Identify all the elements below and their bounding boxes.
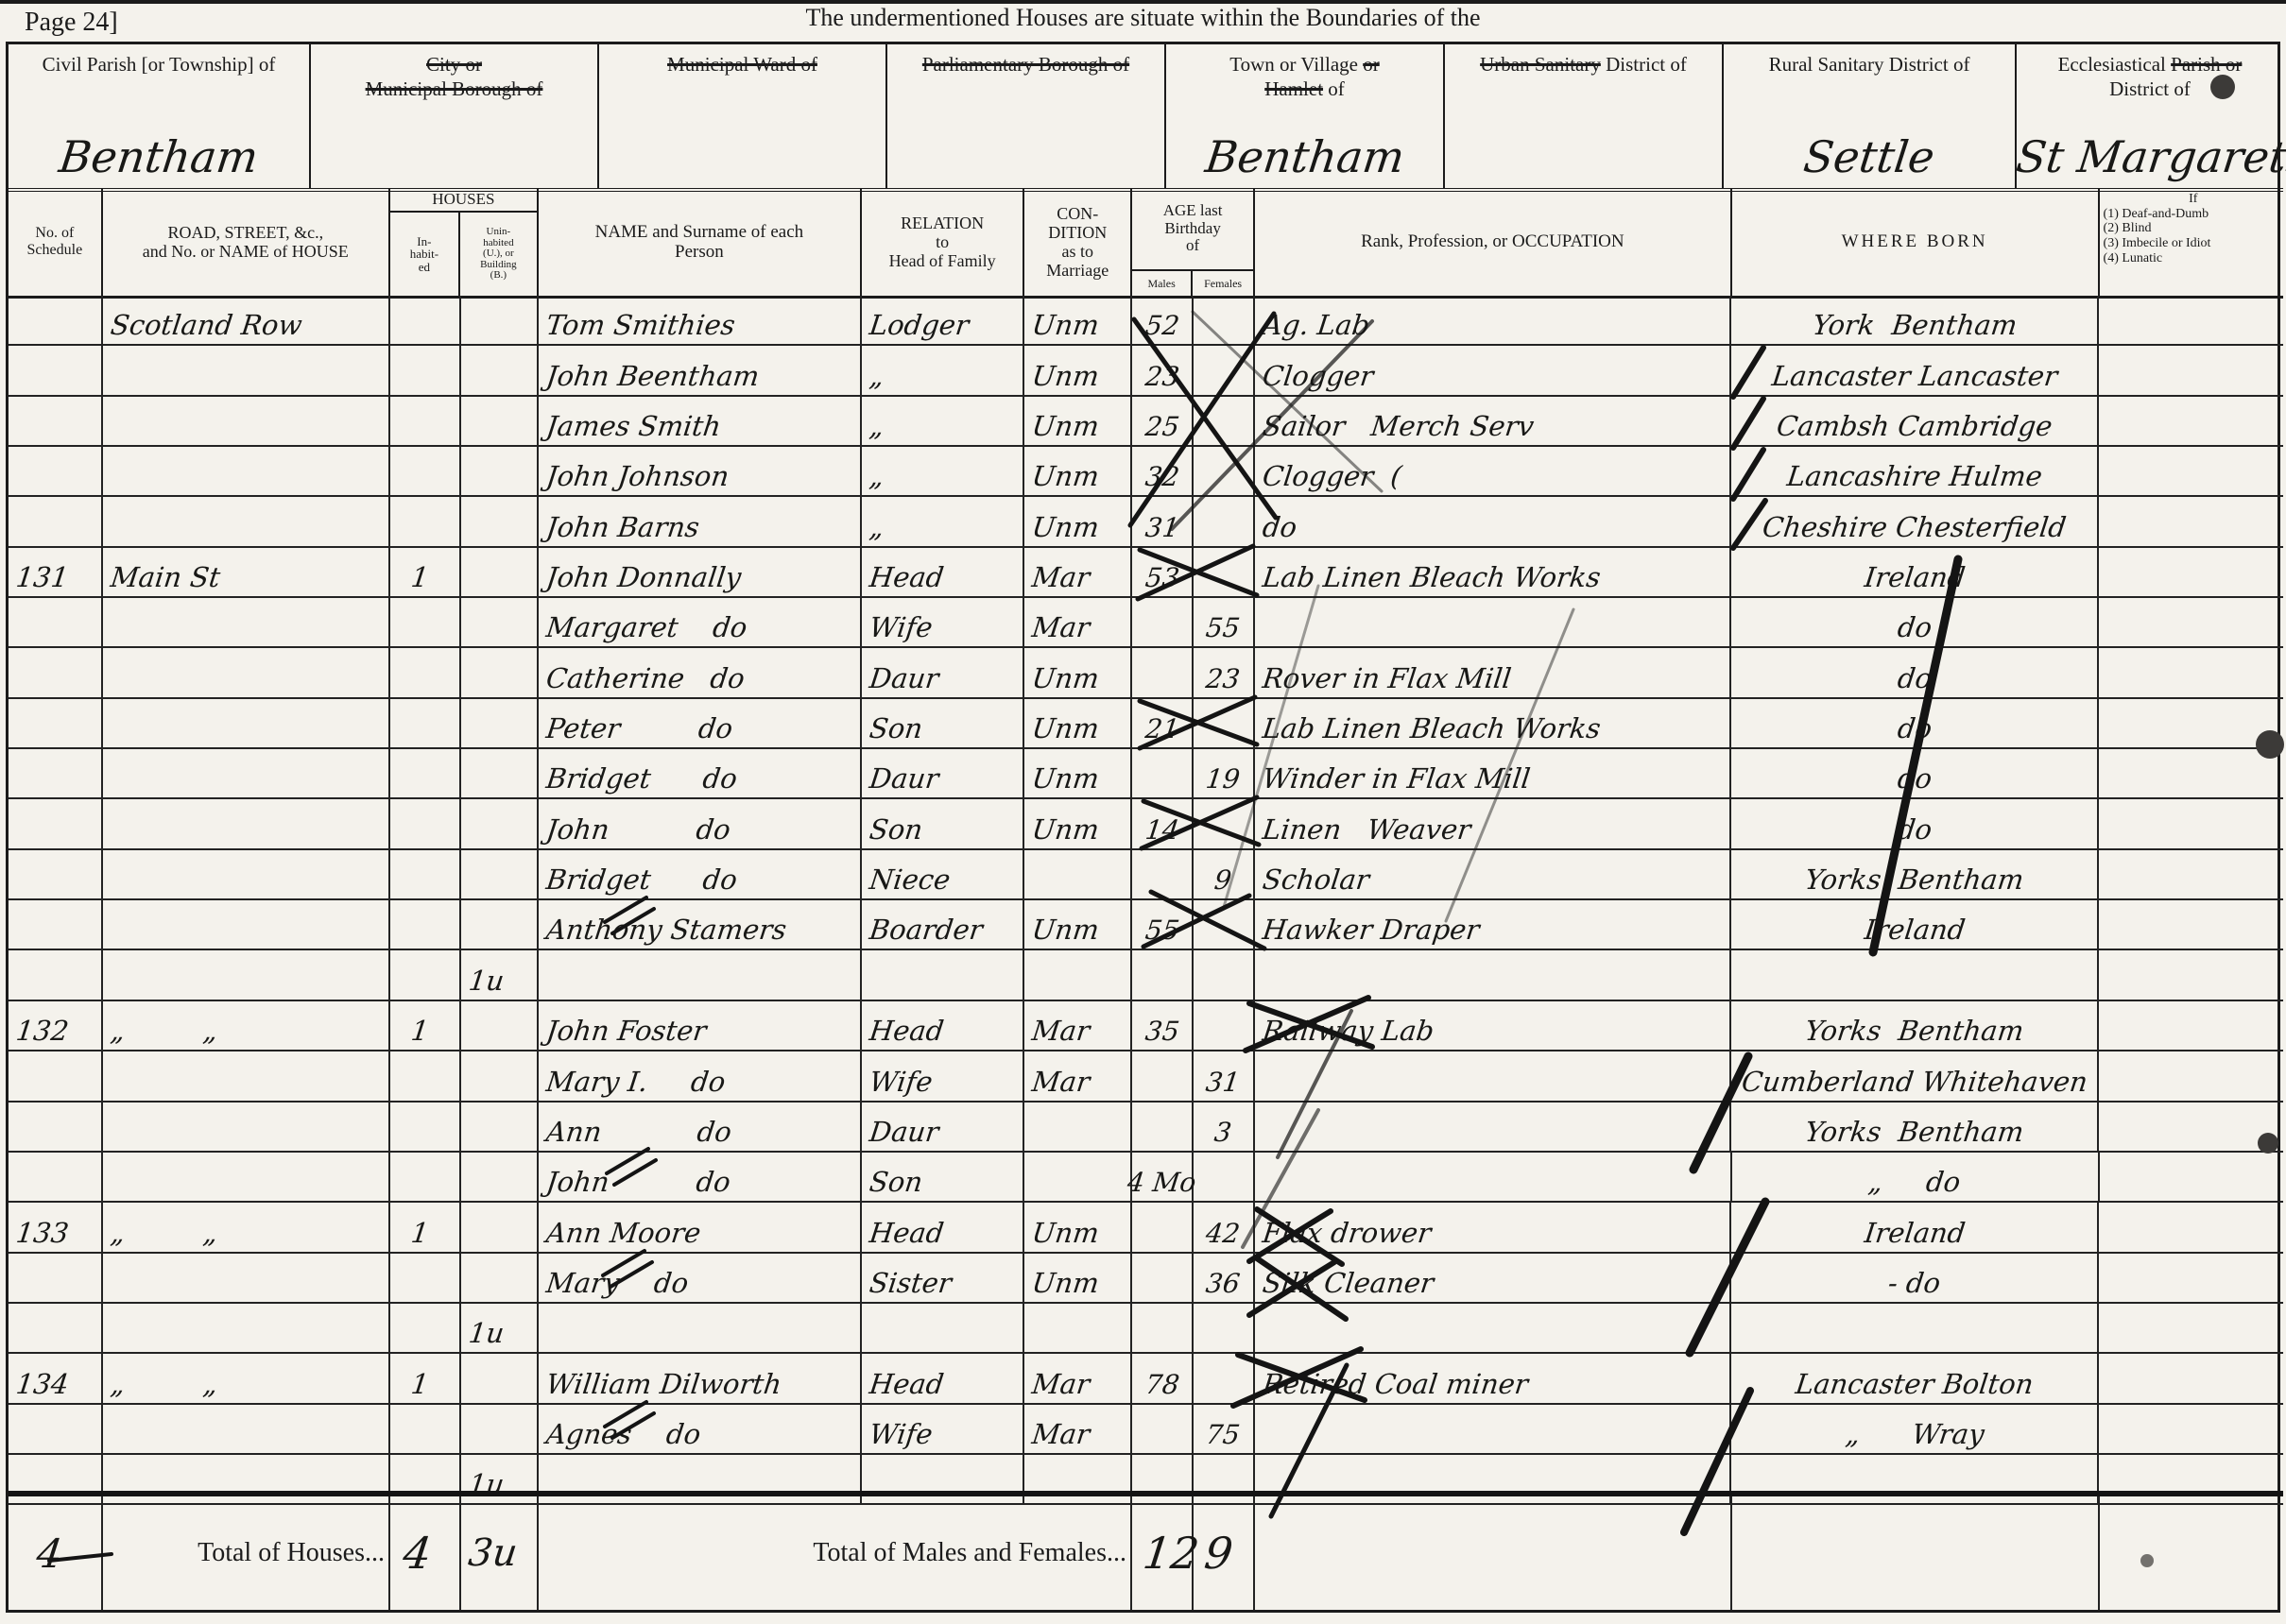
cell-occ: Sailor Merch Serv	[1255, 397, 1732, 445]
cell-sched	[9, 1304, 103, 1352]
cell-af	[1194, 1153, 1255, 1201]
header-cell-municipal-ward: Municipal Ward of	[599, 44, 887, 188]
cell-inh	[390, 447, 461, 495]
cell-uninh	[461, 598, 539, 646]
table-row: John doSonUnm14Linen Weaverdo	[9, 799, 2283, 849]
cell-name: John Foster	[539, 1001, 862, 1050]
cell-road	[103, 1304, 390, 1352]
totals-males-females-label-cell: Total of Males and Females...	[539, 1496, 1132, 1610]
cell-inf	[2099, 397, 2283, 445]
cell-inf	[2099, 749, 2283, 797]
header-cell-urban-sanitary: Urban Sanitary District of	[1445, 44, 1724, 188]
cell-uninh	[461, 346, 539, 394]
cell-rel: „	[862, 397, 1025, 445]
cell-uninh	[461, 1153, 539, 1201]
cell-af	[1194, 950, 1255, 999]
cell-inh	[390, 850, 461, 898]
cell-rel	[862, 1304, 1025, 1352]
table-row: John Beentham„Unm23CloggerLancaster Lanc…	[9, 346, 2283, 396]
cell-road	[103, 799, 390, 847]
header-label: Urban Sanitary District of	[1445, 52, 1722, 77]
cell-road	[103, 850, 390, 898]
cell-uninh: 1u	[461, 1304, 539, 1352]
cell-am	[1132, 1405, 1194, 1453]
cell-inh: 1	[390, 1354, 461, 1402]
cell-af: 23	[1194, 648, 1255, 696]
cell-uninh	[461, 749, 539, 797]
cell-inf	[2099, 1354, 2283, 1402]
cell-am: 78	[1132, 1354, 1194, 1402]
cell-inf	[2100, 1153, 2283, 1201]
cell-inh	[390, 1405, 461, 1453]
cell-road: „ „	[103, 1354, 390, 1402]
cell-uninh	[461, 799, 539, 847]
cell-rel: Head	[862, 548, 1025, 596]
cell-am	[1132, 648, 1194, 696]
cell-occ: Railway Lab	[1255, 1001, 1732, 1050]
cell-uninh	[461, 548, 539, 596]
cell-sched	[9, 699, 103, 747]
census-entries: Scotland RowTom SmithiesLodgerUnm52Ag. L…	[9, 296, 2283, 1506]
cell-inh	[390, 1153, 461, 1201]
cell-inf	[2099, 598, 2283, 646]
col-header-relation: RELATION to Head of Family	[862, 188, 1025, 296]
cell-name: John Beentham	[539, 346, 862, 394]
cell-am: 14	[1132, 799, 1194, 847]
cell-sched	[9, 1051, 103, 1100]
cell-inh	[390, 598, 461, 646]
cell-occ: Silk Cleaner	[1255, 1254, 1732, 1302]
cell-rel: Head	[862, 1203, 1025, 1251]
cell-af	[1194, 548, 1255, 596]
infirmity-option-1: (1) Deaf-and-Dumb	[2104, 207, 2209, 222]
totals-uninhabited-cell: 3u	[461, 1496, 539, 1610]
cell-am: 31	[1132, 497, 1194, 545]
cell-road	[103, 447, 390, 495]
cell-road	[103, 648, 390, 696]
cell-am	[1132, 1051, 1194, 1100]
cell-uninh	[461, 1354, 539, 1402]
cell-cond: Unm	[1024, 296, 1132, 344]
cell-af: 55	[1194, 598, 1255, 646]
cell-rel: Daur	[862, 1103, 1025, 1151]
header-cell-town-village: Town or Village orHamlet ofBentham	[1166, 44, 1445, 188]
table-row: John Johnson„Unm32Clogger (Lancashire Hu…	[9, 447, 2283, 497]
cell-inf	[2099, 346, 2283, 394]
cell-sched	[9, 1153, 103, 1201]
col-header-age-group: AGE last Birthday of Males Females	[1132, 188, 1255, 296]
header-cell-rural-sanitary: Rural Sanitary District ofSettle	[1724, 44, 2017, 188]
cell-cond: Unm	[1024, 648, 1132, 696]
cell-inf	[2099, 648, 2283, 696]
infirmity-option-4: (4) Lunatic	[2104, 251, 2163, 266]
cell-rel: „	[862, 497, 1025, 545]
cell-uninh: 1u	[461, 950, 539, 999]
cell-rel: Head	[862, 1354, 1025, 1402]
cell-af	[1194, 447, 1255, 495]
cell-road	[103, 1103, 390, 1151]
cell-born: Ireland	[1731, 900, 2099, 949]
cell-born: Cheshire Chesterfield	[1731, 497, 2099, 545]
cell-born: Yorks Bentham	[1731, 850, 2099, 898]
cell-am: 23	[1132, 346, 1194, 394]
cell-name: Tom Smithies	[539, 296, 862, 344]
cell-af	[1194, 900, 1255, 949]
cell-rel: Son	[862, 799, 1025, 847]
cell-inh	[390, 1103, 461, 1151]
cell-af: 31	[1194, 1051, 1255, 1100]
table-row: Bridget doNiece9ScholarYorks Bentham	[9, 850, 2283, 900]
totals-houses-label-cell: Total of Houses...	[103, 1496, 390, 1610]
cell-af	[1194, 397, 1255, 445]
cell-sched	[9, 346, 103, 394]
table-row: Ann doDaur3Yorks Bentham	[9, 1103, 2283, 1153]
cell-inf	[2099, 900, 2283, 949]
cell-inf	[2099, 447, 2283, 495]
column-header-row: No. of Schedule ROAD, STREET, &c., and N…	[9, 188, 2283, 299]
cell-inh	[390, 397, 461, 445]
cell-inf	[2099, 799, 2283, 847]
cell-rel: „	[862, 447, 1025, 495]
cell-born: „ do	[1732, 1153, 2100, 1201]
cell-inf	[2099, 1001, 2283, 1050]
infirmity-if-label: If	[2189, 192, 2197, 207]
table-row: Agnes doWifeMar75„ Wray	[9, 1405, 2283, 1455]
cell-cond: Unm	[1024, 900, 1132, 949]
cell-born: - do	[1731, 1254, 2099, 1302]
cell-road	[103, 598, 390, 646]
table-row: Margaret doWifeMar55do	[9, 598, 2283, 648]
cell-rel: Wife	[862, 1405, 1025, 1453]
cell-inh	[390, 648, 461, 696]
cell-uninh	[461, 699, 539, 747]
cell-road: „ „	[103, 1001, 390, 1050]
cell-name: Anthony Stamers	[539, 900, 862, 949]
table-row: 132„ „1John FosterHeadMar35Railway LabYo…	[9, 1001, 2283, 1051]
infirmity-option-3: (3) Imbecile or Idiot	[2104, 236, 2211, 251]
boundary-header-band: Civil Parish [or Township] ofBenthamCity…	[9, 44, 2283, 192]
cell-inh	[390, 900, 461, 949]
cell-name: James Smith	[539, 397, 862, 445]
cell-af	[1194, 296, 1255, 344]
cell-road	[103, 699, 390, 747]
cell-cond: Unm	[1024, 799, 1132, 847]
cell-uninh	[461, 1001, 539, 1050]
cell-inh	[390, 1051, 461, 1100]
cell-inf	[2099, 1405, 2283, 1453]
cell-sched	[9, 296, 103, 344]
cell-af	[1194, 699, 1255, 747]
cell-am	[1132, 1203, 1194, 1251]
cell-inh	[390, 749, 461, 797]
cell-cond: Unm	[1024, 749, 1132, 797]
cell-uninh	[461, 900, 539, 949]
cell-born: do	[1731, 749, 2099, 797]
col-header-infirmity: If (1) Deaf-and-Dumb (2) Blind (3) Imbec…	[2100, 188, 2283, 296]
cell-road	[103, 346, 390, 394]
cell-inf	[2099, 699, 2283, 747]
totals-empty-occupation	[1255, 1496, 1732, 1610]
cell-born: do	[1731, 598, 2099, 646]
cell-occ	[1255, 1304, 1732, 1352]
infirmity-option-2: (2) Blind	[2104, 221, 2152, 236]
cell-inh	[390, 950, 461, 999]
table-row: John doSon4 Mo„ do	[9, 1153, 2283, 1203]
totals-row: 4 Total of Houses... 4 3u Total of Males…	[9, 1491, 2283, 1610]
table-row: Bridget doDaurUnm19Winder in Flax Milldo	[9, 749, 2283, 799]
cell-am	[1132, 1254, 1194, 1302]
top-strip: Page 24] The undermentioned Houses are s…	[0, 0, 2286, 42]
col-header-age: AGE last Birthday of	[1132, 188, 1253, 269]
cell-am	[1132, 1304, 1194, 1352]
cell-uninh	[461, 447, 539, 495]
cell-af	[1194, 497, 1255, 545]
cell-cond: Unm	[1024, 497, 1132, 545]
cell-occ	[1255, 1405, 1732, 1453]
cell-name: John Barns	[539, 497, 862, 545]
col-header-road: ROAD, STREET, &c., and No. or NAME of HO…	[103, 188, 390, 296]
cell-road	[103, 900, 390, 949]
table-row: 133„ „1Ann MooreHeadUnm42Flax drowerIrel…	[9, 1203, 2283, 1253]
cell-af	[1194, 1354, 1255, 1402]
cell-uninh	[461, 1203, 539, 1251]
cell-cond: Mar	[1024, 1405, 1132, 1453]
cell-name: Peter do	[539, 699, 862, 747]
cell-cond: Unm	[1024, 1254, 1132, 1302]
cell-uninh	[461, 497, 539, 545]
cell-sched	[9, 447, 103, 495]
cell-name	[539, 1304, 862, 1352]
cell-af	[1194, 346, 1255, 394]
cell-name: Bridget do	[539, 749, 862, 797]
cell-sched	[9, 1103, 103, 1151]
cell-af	[1194, 799, 1255, 847]
cell-rel	[862, 950, 1025, 999]
table-row: Peter doSonUnm21Lab Linen Bleach Worksdo	[9, 699, 2283, 749]
cell-uninh	[461, 1254, 539, 1302]
cell-inf	[2099, 497, 2283, 545]
cell-born	[1731, 950, 2099, 999]
cell-name: Bridget do	[539, 850, 862, 898]
census-page-scan: Page 24] The undermentioned Houses are s…	[0, 0, 2286, 1624]
cell-cond: Mar	[1024, 598, 1132, 646]
totals-empty-infirmity	[2100, 1496, 2284, 1610]
header-label: City orMunicipal Borough of	[311, 52, 597, 101]
header-handwritten-value: Settle	[1801, 131, 1937, 182]
table-row: Mary doSisterUnm36Silk Cleaner- do	[9, 1254, 2283, 1304]
header-handwritten-value: Bentham	[57, 131, 261, 182]
cell-occ	[1255, 950, 1732, 999]
cell-af: 42	[1194, 1203, 1255, 1251]
cell-sched	[9, 497, 103, 545]
cell-sched: 131	[9, 548, 103, 596]
col-header-females: Females	[1193, 271, 1253, 296]
cell-cond: Unm	[1024, 397, 1132, 445]
cell-born: „ Wray	[1731, 1405, 2099, 1453]
col-header-houses: HOUSES	[390, 188, 537, 213]
cell-af: 19	[1194, 749, 1255, 797]
cell-occ: Lab Linen Bleach Works	[1255, 699, 1732, 747]
cell-af	[1194, 1001, 1255, 1050]
cell-occ: Retired Coal miner	[1255, 1354, 1732, 1402]
cell-rel: Head	[862, 1001, 1025, 1050]
cell-cond: Unm	[1024, 699, 1132, 747]
cell-inh: 1	[390, 1001, 461, 1050]
table-row: Anthony StamersBoarderUnm55Hawker Draper…	[9, 900, 2283, 950]
cell-name: William Dilworth	[539, 1354, 862, 1402]
cell-occ: Clogger (	[1255, 447, 1732, 495]
cell-inh: 1	[390, 1203, 461, 1251]
cell-am: 21	[1132, 699, 1194, 747]
cell-rel: Lodger	[862, 296, 1025, 344]
cell-rel: Daur	[862, 749, 1025, 797]
table-row: 131Main St1John DonnallyHeadMar53Lab Lin…	[9, 548, 2283, 598]
cell-born: Lancashire Hulme	[1731, 447, 2099, 495]
cell-am	[1132, 850, 1194, 898]
total-of-houses-label: Total of Houses...	[103, 1538, 388, 1568]
cell-inf	[2099, 1051, 2283, 1100]
cell-sched: 133	[9, 1203, 103, 1251]
cell-cond	[1024, 1153, 1132, 1201]
header-cell-civil-parish: Civil Parish [or Township] ofBentham	[9, 44, 311, 188]
page-title: The undermentioned Houses are situate wi…	[805, 4, 1480, 32]
cell-road: Main St	[103, 548, 390, 596]
cell-occ: Flax drower	[1255, 1203, 1732, 1251]
totals-empty-born	[1732, 1496, 2100, 1610]
cell-uninh	[461, 1103, 539, 1151]
cell-af: 3	[1194, 1103, 1255, 1151]
totals-females-cell: 9	[1194, 1496, 1255, 1610]
col-header-males: Males	[1132, 271, 1193, 296]
header-label: Civil Parish [or Township] of	[9, 52, 309, 77]
totals-males-cell: 12	[1132, 1496, 1194, 1610]
cell-uninh	[461, 1405, 539, 1453]
cell-cond: Unm	[1024, 1203, 1132, 1251]
cell-am: 52	[1132, 296, 1194, 344]
cell-name: Agnes do	[539, 1405, 862, 1453]
cell-occ	[1255, 1153, 1732, 1201]
cell-rel: Son	[862, 1153, 1025, 1201]
cell-am	[1132, 1103, 1194, 1151]
cell-name: Catherine do	[539, 648, 862, 696]
cell-road	[103, 1153, 390, 1201]
cell-sched	[9, 850, 103, 898]
cell-inh	[390, 296, 461, 344]
cell-af: 75	[1194, 1405, 1255, 1453]
cell-born: Lancaster Bolton	[1731, 1354, 2099, 1402]
cell-road: „ „	[103, 1203, 390, 1251]
table-row: James Smith„Unm25Sailor Merch ServCambsh…	[9, 397, 2283, 447]
cell-born: York Bentham	[1731, 296, 2099, 344]
cell-sched	[9, 900, 103, 949]
cell-cond: Unm	[1024, 447, 1132, 495]
cell-inf	[2099, 1103, 2283, 1151]
cell-af: 9	[1194, 850, 1255, 898]
cell-am: 53	[1132, 548, 1194, 596]
cell-road	[103, 1051, 390, 1100]
cell-am: 25	[1132, 397, 1194, 445]
header-label: Town or Village orHamlet of	[1166, 52, 1443, 101]
col-header-condition: CON- DITION as to Marriage	[1024, 188, 1132, 296]
cell-born: do	[1731, 799, 2099, 847]
cell-born: Yorks Bentham	[1731, 1103, 2099, 1151]
cell-name: John do	[539, 799, 862, 847]
cell-name: Ann do	[539, 1103, 862, 1151]
cell-name: Margaret do	[539, 598, 862, 646]
cell-occ: Linen Weaver	[1255, 799, 1732, 847]
cell-born: Lancaster Lancaster	[1731, 346, 2099, 394]
cell-name: Mary do	[539, 1254, 862, 1302]
cell-name	[539, 950, 862, 999]
cell-name: John Donnally	[539, 548, 862, 596]
cell-inf	[2099, 548, 2283, 596]
cell-road	[103, 1405, 390, 1453]
cell-sched	[9, 1405, 103, 1453]
cell-rel: Daur	[862, 648, 1025, 696]
cell-am: 55	[1132, 900, 1194, 949]
cell-born: Ireland	[1731, 1203, 2099, 1251]
table-row: Scotland RowTom SmithiesLodgerUnm52Ag. L…	[9, 296, 2283, 346]
cell-inf	[2099, 950, 2283, 999]
cell-occ	[1255, 1051, 1732, 1100]
cell-am: 35	[1132, 1001, 1194, 1050]
header-cell-ecclesiastical-parish: Ecclesiastical Parish orDistrict ofSt Ma…	[2017, 44, 2283, 188]
cell-uninh	[461, 850, 539, 898]
cell-sched: 132	[9, 1001, 103, 1050]
cell-road	[103, 397, 390, 445]
cell-am: 32	[1132, 447, 1194, 495]
cell-born	[1731, 1304, 2099, 1352]
table-row: Catherine doDaurUnm23Rover in Flax Milld…	[9, 648, 2283, 698]
table-row: 1u	[9, 950, 2283, 1000]
totals-houses-value-cell: 4	[390, 1496, 461, 1610]
cell-road	[103, 497, 390, 545]
cell-rel: Sister	[862, 1254, 1025, 1302]
cell-sched	[9, 1254, 103, 1302]
cell-inf	[2099, 1304, 2283, 1352]
table-frame: Civil Parish [or Township] ofBenthamCity…	[6, 42, 2280, 1613]
cell-occ	[1255, 598, 1732, 646]
col-header-where-born: WHERE BORN	[1732, 188, 2100, 296]
cell-inh	[390, 497, 461, 545]
cell-sched	[9, 950, 103, 999]
cell-sched	[9, 749, 103, 797]
cell-occ: do	[1255, 497, 1732, 545]
cell-af: 36	[1194, 1254, 1255, 1302]
cell-name: John do	[539, 1153, 862, 1201]
cell-cond: Unm	[1024, 346, 1132, 394]
cell-inf	[2099, 1203, 2283, 1251]
cell-inh	[390, 799, 461, 847]
cell-occ: Rover in Flax Mill	[1255, 648, 1732, 696]
cell-am: 4 Mo	[1132, 1153, 1194, 1201]
cell-born: Ireland	[1731, 548, 2099, 596]
cell-occ: Scholar	[1255, 850, 1732, 898]
cell-road	[103, 950, 390, 999]
cell-uninh	[461, 397, 539, 445]
cell-occ: Lab Linen Bleach Works	[1255, 548, 1732, 596]
header-label: Parliamentary Borough of	[887, 52, 1164, 77]
cell-inf	[2099, 1254, 2283, 1302]
cell-cond: Mar	[1024, 1051, 1132, 1100]
col-header-name: NAME and Surname of each Person	[539, 188, 862, 296]
table-row: 134„ „1William DilworthHeadMar78Retired …	[9, 1354, 2283, 1404]
total-males-females-label: Total of Males and Females...	[539, 1538, 1130, 1568]
cell-rel: Wife	[862, 598, 1025, 646]
cell-rel: Son	[862, 699, 1025, 747]
header-handwritten-value: Bentham	[1202, 131, 1406, 182]
cell-road: Scotland Row	[103, 296, 390, 344]
